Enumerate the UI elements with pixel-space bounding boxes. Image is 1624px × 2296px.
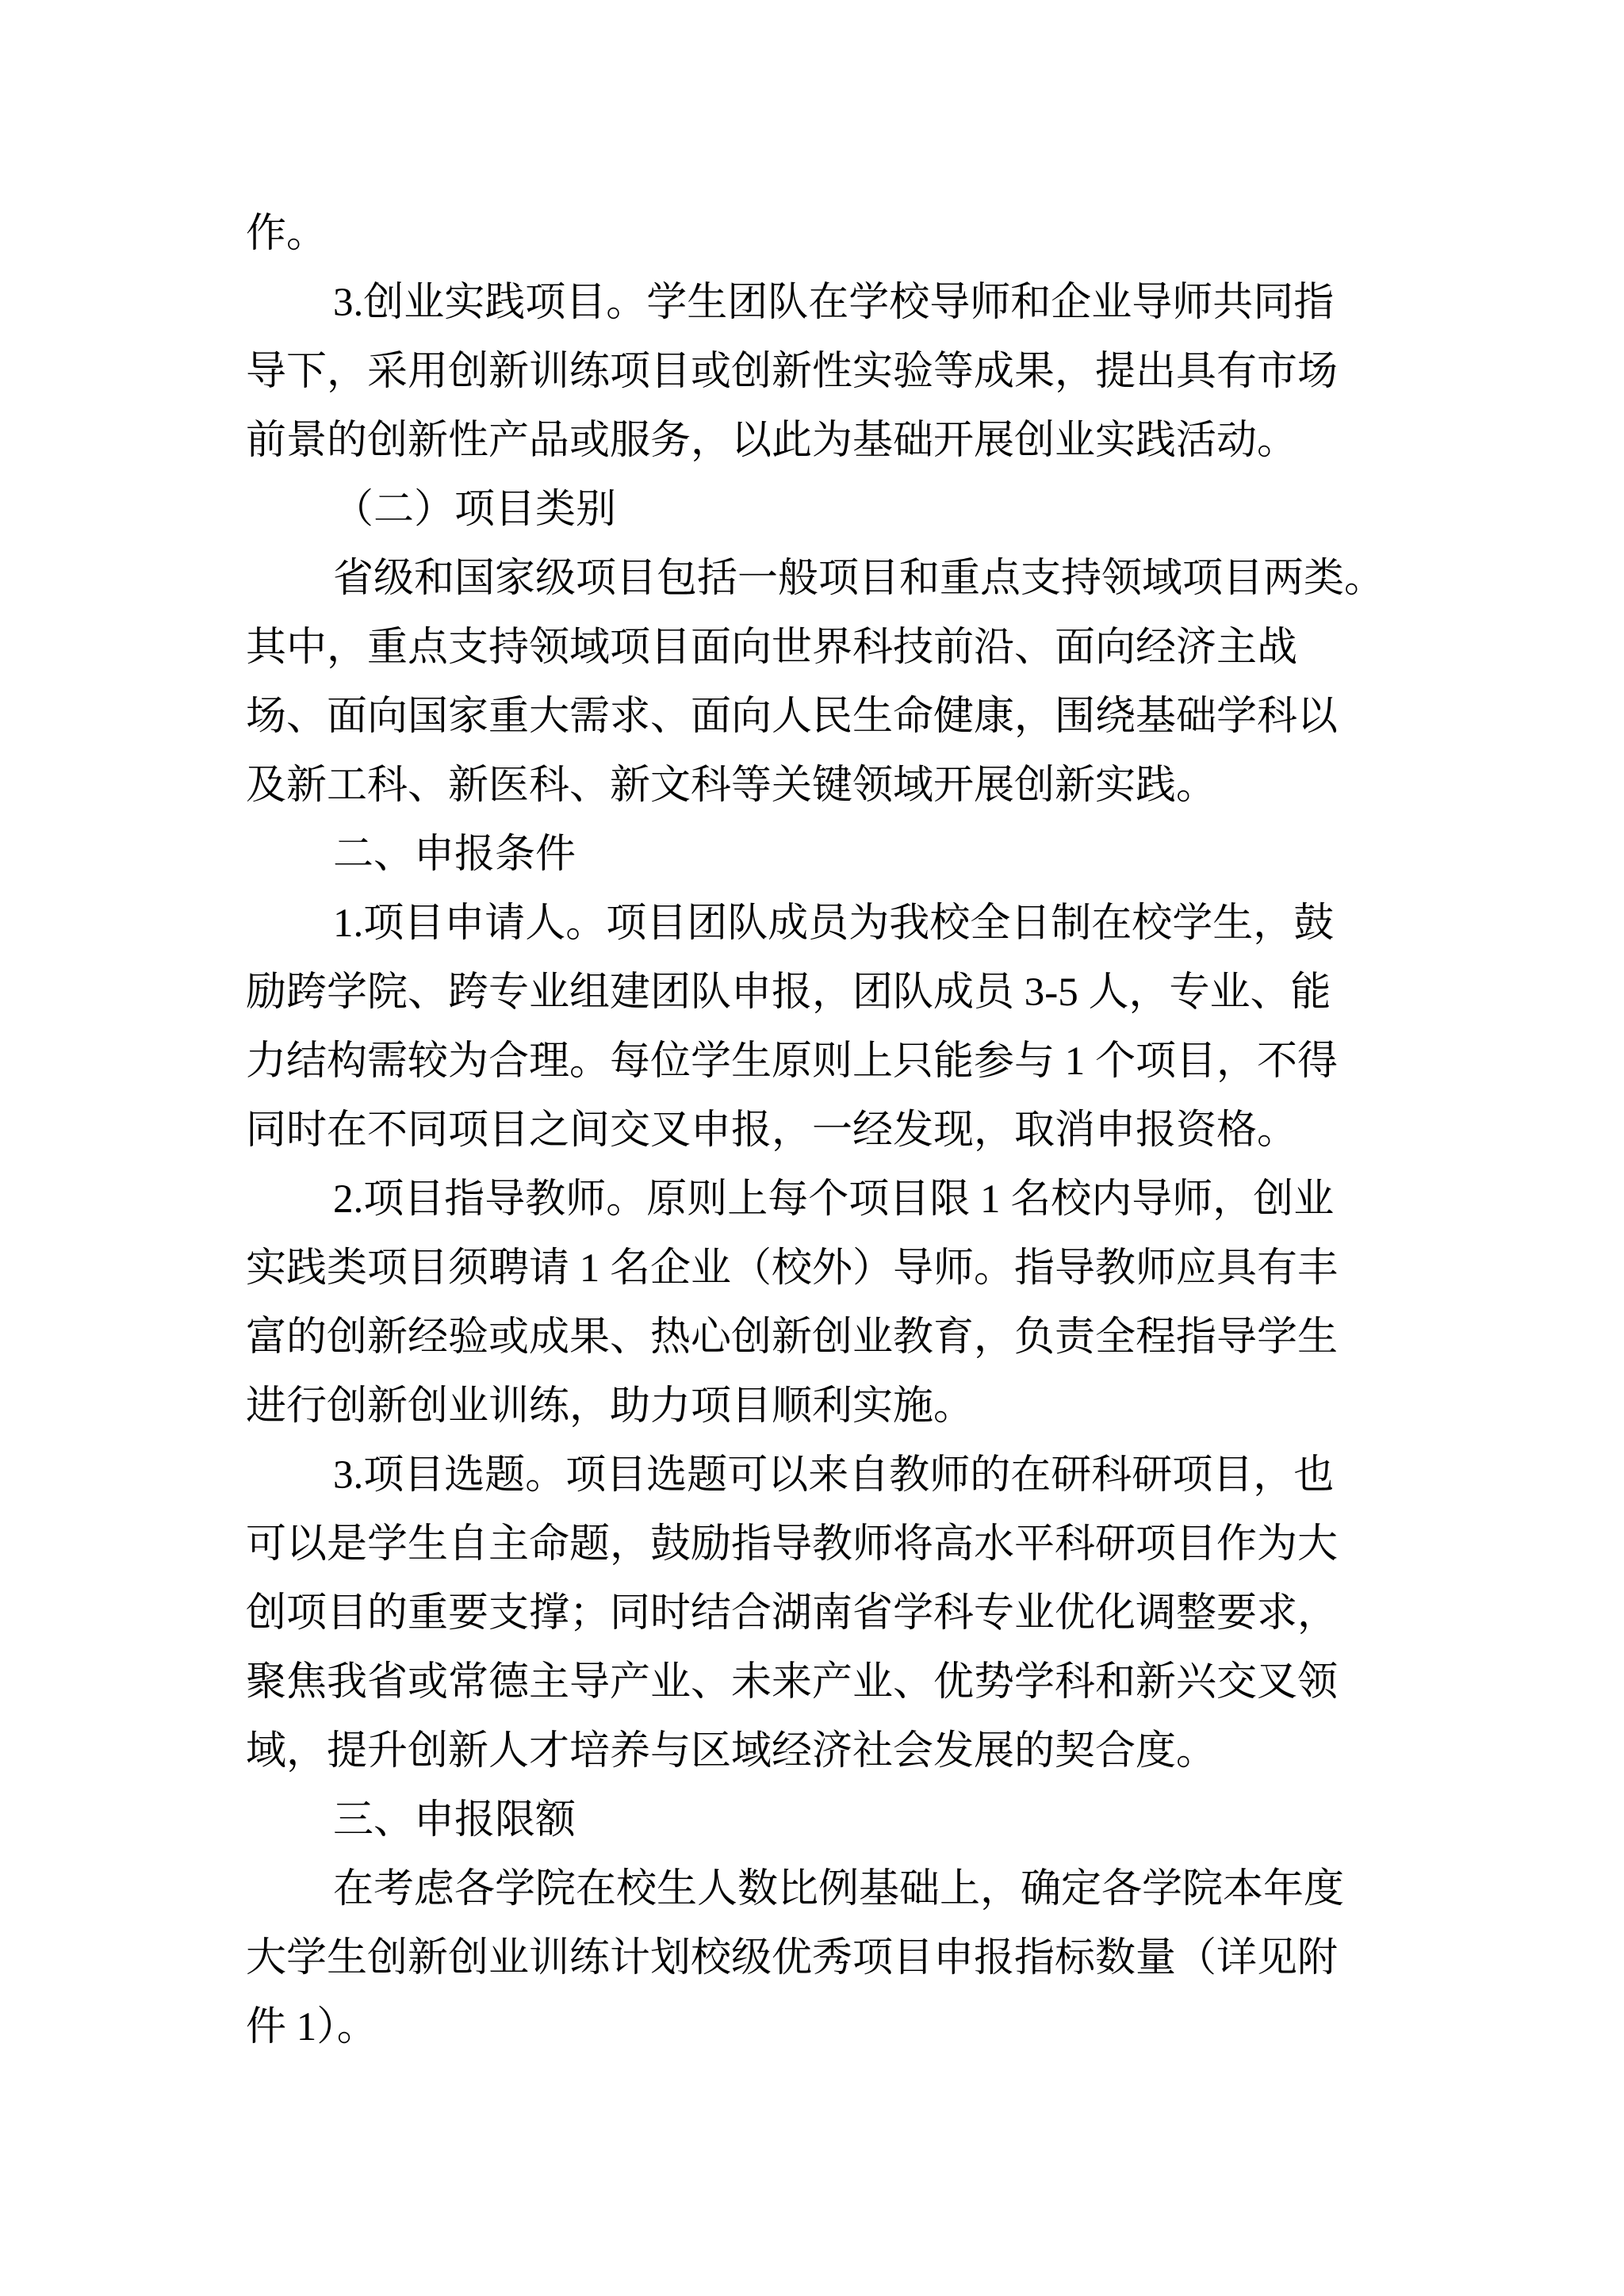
text-line: 同时在不同项目之间交叉申报，一经发现，取消申报资格。 [246, 1096, 1388, 1165]
text-line: 省级和国家级项目包括一般项目和重点支持领域项目两类。 [246, 545, 1388, 614]
document-page: 作。 3.创业实践项目。学生团队在学校导师和企业导师共同指 导下，采用创新训练项… [0, 0, 1624, 2296]
text-line: 导下，采用创新训练项目或创新性实验等成果，提出具有市场 [246, 338, 1388, 407]
subsection-heading: （二）项目类别 [246, 476, 1388, 545]
text-line: 大学生创新创业训练计划校级优秀项目申报指标数量（详见附 [246, 1924, 1388, 1993]
section-heading: 三、申报限额 [246, 1786, 1388, 1855]
text-line: 3.项目选题。项目选题可以来自教师的在研科研项目，也 [246, 1441, 1388, 1510]
text-line: 创项目的重要支撑；同时结合湖南省学科专业优化调整要求， [246, 1579, 1388, 1648]
text-line: 1.项目申请人。项目团队成员为我校全日制在校学生，鼓 [246, 890, 1388, 959]
text-line: 3.创业实践项目。学生团队在学校导师和企业导师共同指 [246, 269, 1388, 338]
text-line: 可以是学生自主命题，鼓励指导教师将高水平科研项目作为大 [246, 1510, 1388, 1579]
text-line: 2.项目指导教师。原则上每个项目限 1 名校内导师，创业 [246, 1165, 1388, 1234]
text-line: 聚焦我省或常德主导产业、未来产业、优势学科和新兴交叉领 [246, 1648, 1388, 1717]
text-line: 场、面向国家重大需求、面向人民生命健康，围绕基础学科以 [246, 683, 1388, 752]
text-line: 作。 [246, 200, 1388, 269]
text-line: 域，提升创新人才培养与区域经济社会发展的契合度。 [246, 1717, 1388, 1786]
text-line: 力结构需较为合理。每位学生原则上只能参与 1 个项目，不得 [246, 1027, 1388, 1096]
text-line: 励跨学院、跨专业组建团队申报，团队成员 3-5 人，专业、能 [246, 959, 1388, 1027]
text-line: 件 1）。 [246, 1993, 1388, 2062]
text-line: 进行创新创业训练，助力项目顺利实施。 [246, 1372, 1388, 1441]
text-line: 及新工科、新医科、新文科等关键领域开展创新实践。 [246, 752, 1388, 821]
text-line: 前景的创新性产品或服务，以此为基础开展创业实践活动。 [246, 407, 1388, 476]
section-heading: 二、申报条件 [246, 821, 1388, 890]
text-line: 在考虑各学院在校生人数比例基础上，确定各学院本年度 [246, 1855, 1388, 1924]
text-line: 其中，重点支持领域项目面向世界科技前沿、面向经济主战 [246, 614, 1388, 683]
text-line: 富的创新经验或成果、热心创新创业教育，负责全程指导学生 [246, 1303, 1388, 1372]
text-line: 实践类项目须聘请 1 名企业（校外）导师。指导教师应具有丰 [246, 1234, 1388, 1303]
document-content: 作。 3.创业实践项目。学生团队在学校导师和企业导师共同指 导下，采用创新训练项… [246, 200, 1388, 2062]
